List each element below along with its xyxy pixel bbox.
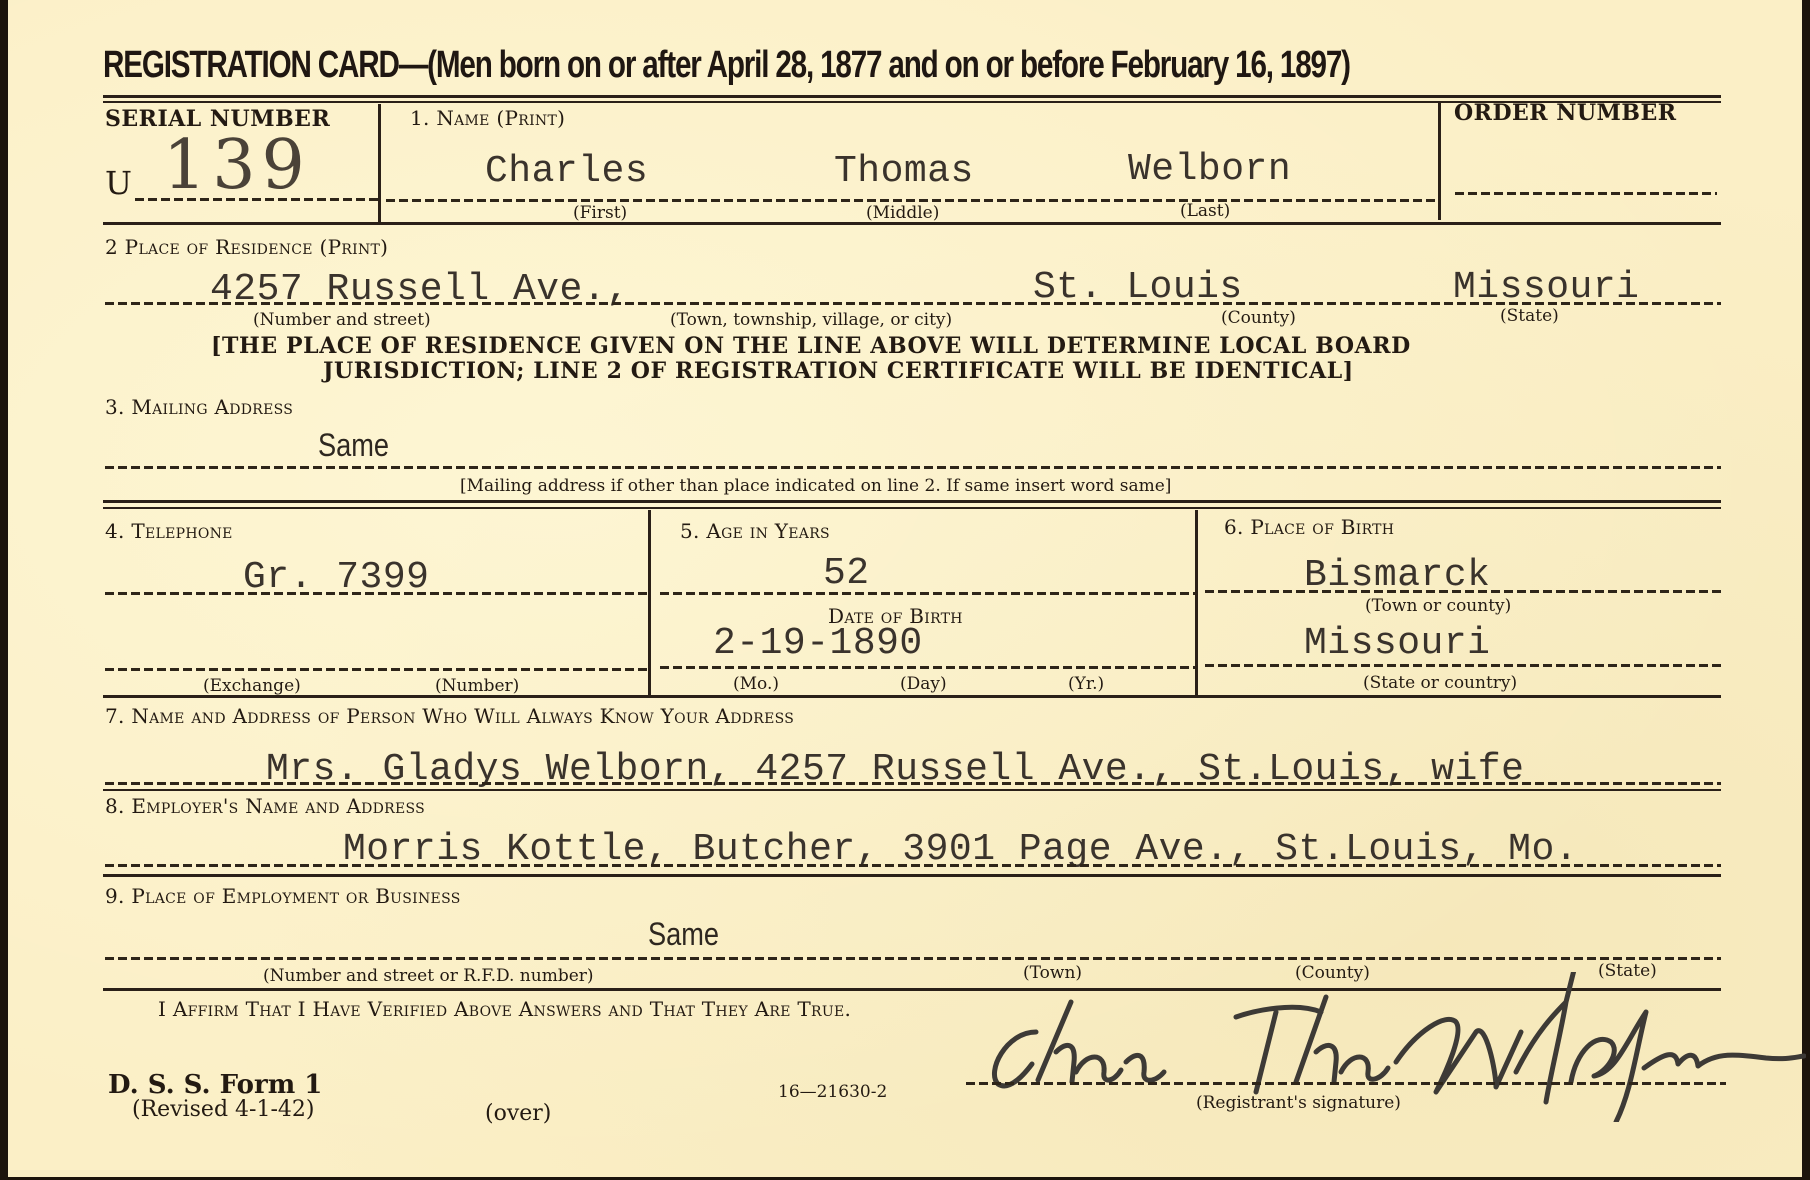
- mailing-note: [Mailing address if other than place ind…: [460, 476, 1171, 496]
- birthplace-town-dash-line: [1205, 590, 1721, 593]
- order-number-label: ORDER NUMBER: [1454, 100, 1677, 126]
- serial-divider: [378, 104, 381, 222]
- birthplace-state-value[interactable]: Missouri: [1304, 622, 1490, 665]
- first-caption: (First): [573, 203, 627, 223]
- birthplace-state-dash-line: [1205, 664, 1721, 667]
- print-code: 16—21630-2: [778, 1082, 887, 1102]
- residence-county-caption: (County): [1221, 308, 1296, 328]
- telephone-dash-line-2: [105, 668, 647, 671]
- last-name-value[interactable]: Welborn: [1128, 148, 1291, 191]
- serial-dash-line: [135, 198, 380, 201]
- birthplace-label: 6. Place of Birth: [1224, 515, 1394, 539]
- employment-value[interactable]: Same: [648, 916, 719, 953]
- residence-street-caption: (Number and street): [253, 310, 431, 330]
- order-divider: [1438, 102, 1441, 220]
- residence-label: 2 Place of Residence (Print): [105, 235, 388, 259]
- name-label: 1. Name (Print): [410, 106, 565, 130]
- first-name-value[interactable]: Charles: [485, 150, 648, 193]
- employer-label: 8. Employer's Name and Address: [105, 794, 425, 818]
- top-rule-1: [103, 95, 1721, 98]
- mailing-label: 3. Mailing Address: [105, 395, 293, 419]
- employer-dash-line: [105, 864, 1721, 867]
- residence-town-caption: (Town, township, village, or city): [670, 310, 952, 330]
- row3-rule-2: [103, 507, 1721, 509]
- residence-notice-line2: JURISDICTION; LINE 2 OF REGISTRATION CER…: [323, 358, 1354, 384]
- dob-year-caption: (Yr.): [1068, 674, 1104, 694]
- contact-label: 7. Name and Address of Person Who Will A…: [105, 704, 794, 728]
- telephone-dash-line-1: [105, 592, 647, 595]
- last-caption: (Last): [1180, 201, 1230, 221]
- serial-number-value[interactable]: 139: [163, 126, 311, 205]
- registration-card: REGISTRATION CARD—(Men born on or after …: [8, 0, 1802, 1177]
- residence-notice-line1: [THE PLACE OF RESIDENCE GIVEN ON THE LIN…: [211, 333, 1411, 359]
- age-label: 5. Age in Years: [680, 519, 830, 543]
- birthplace-town-caption: (Town or county): [1365, 596, 1511, 616]
- row3-rule-1: [103, 500, 1721, 503]
- mailing-value[interactable]: Same: [318, 427, 389, 464]
- middle-caption: (Middle): [866, 203, 939, 223]
- employment-dash-line: [105, 957, 1721, 960]
- birthplace-state-caption: (State or country): [1363, 673, 1517, 693]
- signature-caption: (Registrant's signature): [1196, 1093, 1401, 1113]
- dob-dash-line: [660, 666, 1195, 669]
- form-name: D. S. S. Form 1: [108, 1070, 322, 1100]
- age-dash-line: [660, 592, 1195, 595]
- telephone-exchange-caption: (Exchange): [203, 676, 301, 696]
- dob-day-caption: (Day): [900, 674, 947, 694]
- row6-rule: [103, 695, 1721, 698]
- card-title: REGISTRATION CARD—(Men born on or after …: [103, 44, 1350, 87]
- serial-prefix: U: [105, 164, 132, 202]
- age-value[interactable]: 52: [823, 552, 870, 595]
- residence-state-caption: (State): [1500, 306, 1559, 326]
- mailing-dash-line: [105, 466, 1721, 469]
- telephone-divider: [648, 510, 651, 696]
- age-divider: [1195, 510, 1198, 696]
- form-revised: (Revised 4-1-42): [132, 1097, 314, 1122]
- employment-label: 9. Place of Employment or Business: [105, 884, 461, 908]
- dob-month-caption: (Mo.): [733, 674, 779, 694]
- over-note: (over): [485, 1101, 551, 1126]
- signature-dash-line[interactable]: [966, 1082, 1726, 1085]
- employment-street-caption: (Number and street or R.F.D. number): [263, 966, 594, 986]
- order-dash-line[interactable]: [1455, 192, 1717, 195]
- telephone-number-caption: (Number): [435, 676, 519, 696]
- dob-value[interactable]: 2-19-1890: [713, 622, 923, 665]
- affirmation-text: I Affirm That I Have Verified Above Answ…: [158, 997, 851, 1021]
- middle-name-value[interactable]: Thomas: [834, 150, 974, 193]
- row7-rule: [103, 789, 1721, 791]
- contact-dash-line: [105, 782, 1721, 785]
- residence-dash-line: [105, 302, 1721, 305]
- row1-rule: [103, 222, 1721, 225]
- telephone-label: 4. Telephone: [105, 519, 233, 543]
- name-dash-line: [386, 199, 1436, 202]
- row8-rule: [103, 874, 1721, 877]
